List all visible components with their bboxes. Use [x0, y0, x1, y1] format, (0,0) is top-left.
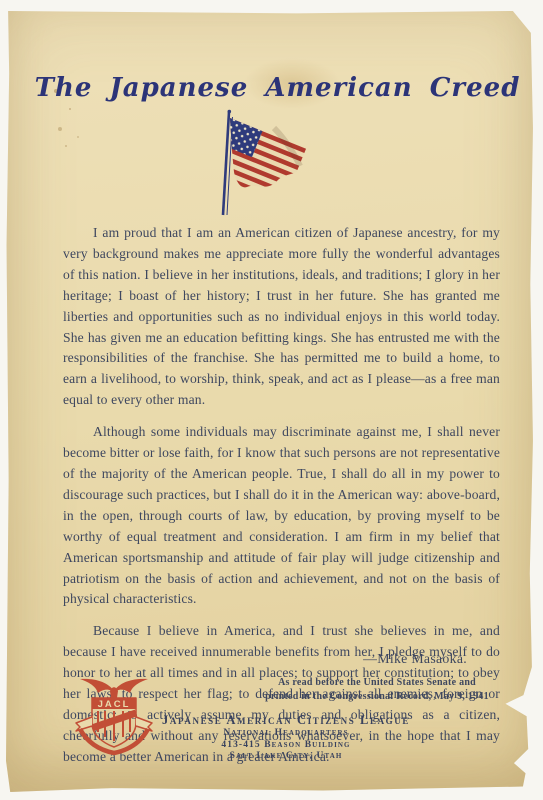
creed-paragraph-1: I am proud that I am an American citizen…	[63, 223, 500, 411]
attribution-note: As read before the United States Senate …	[244, 676, 510, 703]
author-signature: —Mike Masaoka.	[63, 651, 467, 667]
seal-label: JACL	[98, 699, 131, 710]
organization-block: Japanese American Citizens League Nation…	[136, 713, 436, 763]
creed-paragraph-2: Although some individuals may discrimina…	[63, 422, 500, 610]
organization-headquarters: National Headquarters	[136, 728, 436, 740]
paper-sheet: The Japanese American Creed	[6, 11, 534, 792]
organization-building: 413-415 Beason Building	[136, 740, 436, 752]
organization-city: Salt Lake City, Utah	[136, 751, 436, 763]
document-title: The Japanese American Creed	[6, 73, 543, 103]
us-flag-icon	[214, 108, 326, 222]
organization-name: Japanese American Citizens League	[136, 713, 436, 728]
attribution-line-1: As read before the United States Senate …	[244, 676, 510, 690]
attribution-line-2: printed in the Congressional Record, May…	[244, 690, 510, 704]
